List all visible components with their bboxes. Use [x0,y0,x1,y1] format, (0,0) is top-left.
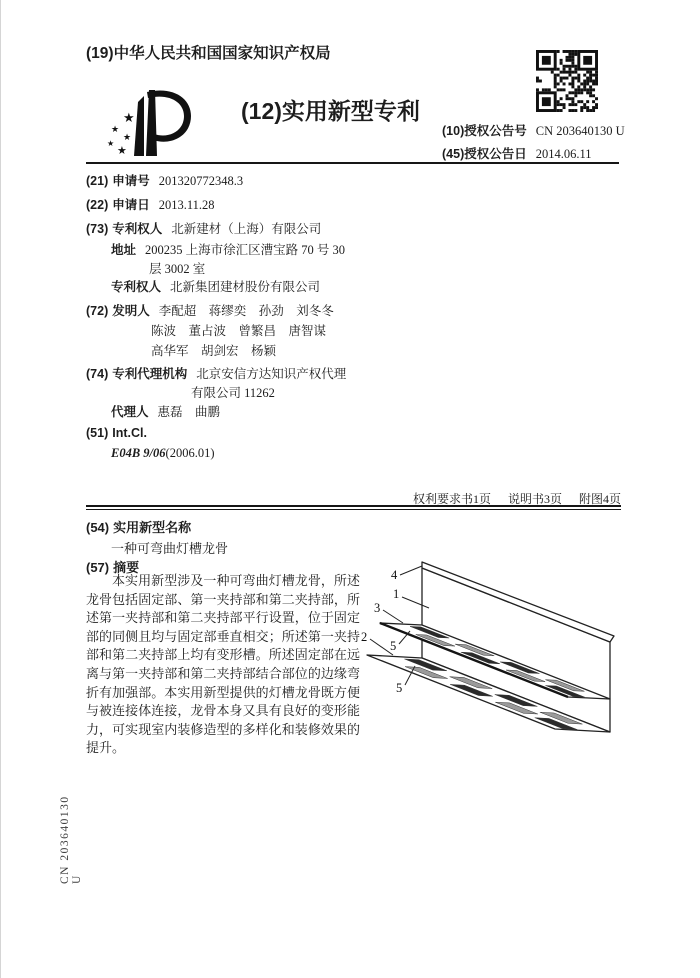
app-date-code: (22) [86,198,108,212]
ref-label-3: 3 [374,601,380,615]
leader-4 [400,566,422,575]
agency-line2: 有限公司 11262 [191,386,275,400]
ref-label-1: 1 [393,587,399,601]
inventors-line2: 陈波 董占波 曾繁昌 唐智谋 [151,324,326,338]
app-no-label: 申请号 [112,174,150,188]
pub-no-value: CN 203640130 U [536,124,625,138]
inventors-line3: 高华军 胡剑宏 杨颖 [151,344,276,358]
patent-office-line: (19)中华人民共和国国家知识产权局 [86,41,331,63]
agency-label: 专利代理机构 [112,367,187,381]
title-code: (54) [86,520,109,535]
app-no-value: 201320772348.3 [159,174,243,188]
inventors-code: (72) [86,304,108,318]
ref-label-5b: 5 [396,681,402,695]
ref-label-5a: 5 [390,639,396,653]
pub-no-label: (10)授权公告号 [442,124,527,138]
keel-drawing: 4 1 3 2 5 5 [353,548,673,763]
intcl-label: Int.Cl. [112,426,147,440]
patent-figure: 4 1 3 2 5 5 [353,548,673,768]
intcl-code: (51) [86,426,108,440]
patentee-code: (73) [86,222,108,236]
svg-text:★: ★ [117,145,127,157]
app-no-code: (21) [86,174,108,188]
leader-3 [383,610,403,623]
patentee2-label: 专利权人 [111,280,161,294]
agency-line1: 北京安信方达知识产权代理 [196,367,346,381]
drawings-pages: 附图4页 [579,492,621,506]
app-date-label: 申请日 [112,198,150,212]
address-line2: 层 3002 室 [149,262,205,276]
app-date-value: 2013.11.28 [159,198,215,212]
patentee2-value: 北新集团建材股份有限公司 [170,280,320,294]
inventors-label: 发明人 [112,304,150,318]
invention-title: 一种可弯曲灯槽龙骨 [111,538,228,557]
margin-publication-number: CN 203640130 U [59,788,83,884]
sipo-logo: ★ ★ ★ ★ ★ [99,86,205,169]
agents-value: 惠磊 曲鹏 [158,405,221,419]
address-line1: 200235 上海市徐汇区漕宝路 70 号 30 [145,243,345,257]
pub-date-value: 2014.06.11 [536,147,592,161]
qr-code [536,50,598,117]
svg-text:★: ★ [123,110,135,125]
inventors-line1: 李配超 蒋缪奕 孙劲 刘冬冬 [159,304,334,318]
svg-text:★: ★ [111,124,119,134]
agents-label: 代理人 [111,405,149,419]
patentee-label: 专利权人 [112,222,162,236]
abstract-text: 本实用新型涉及一种可弯曲灯槽龙骨，所述龙骨包括固定部、第一夹持部和第二夹持部，所… [86,572,360,758]
svg-text:★: ★ [123,132,131,142]
doc-type-title: (12)实用新型专利 [241,93,420,126]
section-divider [86,505,621,510]
intcl-year: (2006.01) [166,446,215,460]
patentee1-value: 北新建材（上海）有限公司 [171,222,321,236]
address-label: 地址 [111,243,136,257]
description-pages: 说明书3页 [508,492,562,506]
agency-code: (74) [86,367,108,381]
sipo-logo-graphic: ★ ★ ★ ★ ★ [99,86,205,164]
ref-label-4: 4 [391,568,398,582]
claims-pages: 权利要求书1页 [413,492,491,506]
title-label: 实用新型名称 [113,520,191,535]
svg-text:★: ★ [107,139,114,148]
intcl-value: E04B 9/06 [111,446,166,460]
header-divider [86,162,619,164]
pub-date-label: (45)授权公告日 [442,147,527,161]
ref-label-2: 2 [361,630,367,644]
patent-front-page: (19)中华人民共和国国家知识产权局 ★ ★ ★ ★ ★ (12)实用新型专利 … [0,0,700,978]
